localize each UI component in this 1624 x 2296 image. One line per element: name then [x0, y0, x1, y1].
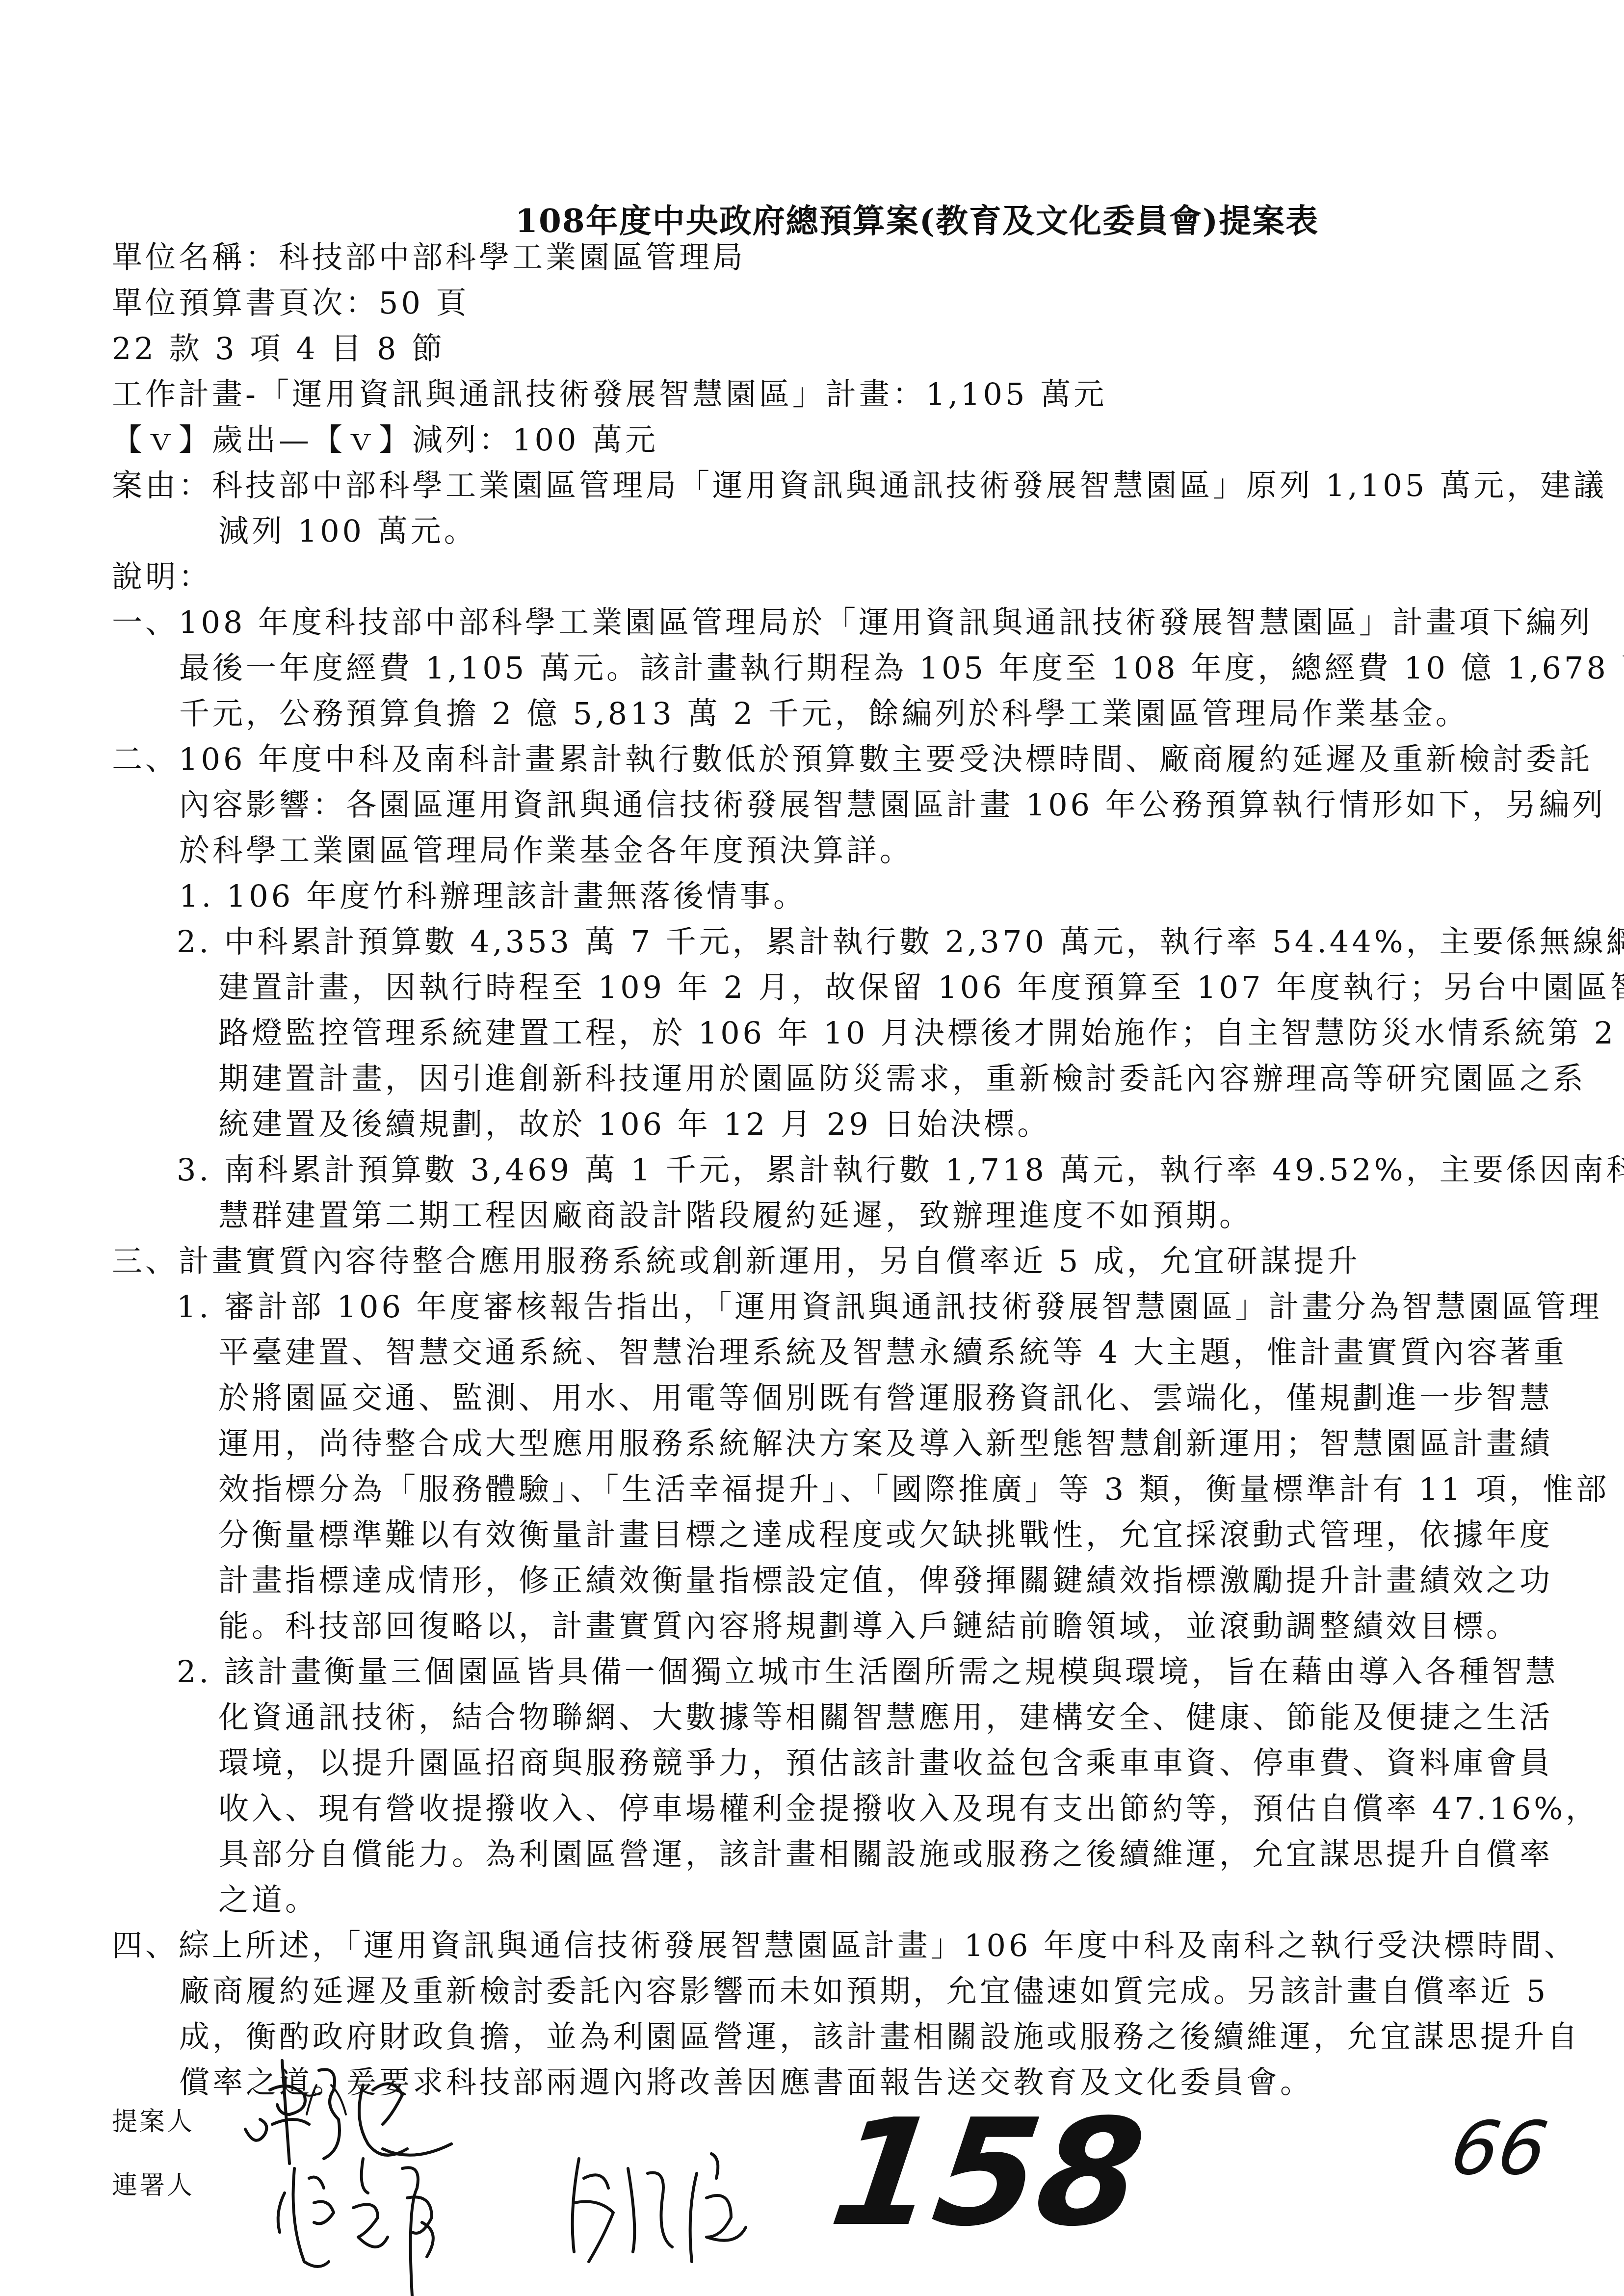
cosigner-label: 連署人 [112, 2168, 194, 2203]
section-3-heading: 三、計畫實質內容待整合應用服務系統或創新運用，另自償率近 5 成，允宜研謀提升 [112, 1238, 1554, 1284]
section-2-item-2-line: 路燈監控管理系統建置工程，於 106 年 10 月決標後才開始施作；自主智慧防災… [218, 1010, 1624, 1056]
section-3-item-1-line: 分衡量標準難以有效衡量計畫目標之達成程度或欠缺挑戰性，允宜採滾動式管理，依據年度 [218, 1512, 1624, 1558]
section-4-line: 四、綜上所述，「運用資訊與通信技術發展智慧園區計畫」106 年度中科及南科之執行… [112, 1923, 1554, 1968]
section-3-item-2-line: 收入、現有營收提撥收入、停車場權利金提撥收入及現有支出節約等，預估自償率 47.… [218, 1786, 1624, 1831]
section-3-item-2-line: 具部分自償能力。為利園區營運，該計畫相關設施或服務之後續維運，允宜謀思提升自償率 [218, 1831, 1624, 1877]
section-2-item-1: 1. 106 年度竹科辦理該計畫無落後情事。 [179, 873, 1622, 919]
page-number: 66 [1445, 2110, 1553, 2188]
section-3-item-1-line: 效指標分為「服務體驗」、「生活幸福提升」、「國際推廣」等 3 類，衡量標準計有 … [218, 1466, 1624, 1512]
section-3-item-2: 2. 該計畫衡量三個園區皆具備一個獨立城市生活圈所需之規模與環境，旨在藉由導入各… [177, 1649, 1619, 1695]
section-3-item-1-line: 計畫指標達成情形，修正績效衡量指標設定值，俾發揮關鍵績效指標激勵提升計畫績效之功 [218, 1558, 1624, 1603]
section-1-line: 一、108 年度科技部中部科學工業園區管理局於「運用資訊與通訊技術發展智慧園區」… [112, 600, 1554, 645]
section-2-line: 內容影響：各園區運用資訊與通信技術發展智慧園區計畫 106 年公務預算執行情形如… [179, 782, 1622, 828]
section-1-line: 千元，公務預算負擔 2 億 5,813 萬 2 千元，餘編列於科學工業園區管理局… [179, 691, 1622, 736]
section-3-item-1-line: 於將園區交通、監測、用水、用電等個別既有營運服務資訊化、雲端化，僅規劃進一步智慧 [218, 1375, 1624, 1421]
section-3-item-1: 1. 審計部 106 年度審核報告指出，「運用資訊與通訊技術發展智慧園區」計畫分… [177, 1284, 1619, 1330]
section-2-item-2-line: 統建置及後續規劃，故於 106 年 12 月 29 日始決標。 [218, 1101, 1624, 1147]
budget-page-field: 單位預算書頁次：50 頁 [112, 280, 1554, 326]
section-3-item-1-line: 能。科技部回復略以，計畫實質內容將規劃導入戶鏈結前瞻領域，並滾動調整績效目標。 [218, 1603, 1624, 1649]
budget-category-field: 22 款 3 項 4 目 8 節 [112, 326, 1554, 371]
explanation-label: 說明： [112, 554, 1554, 600]
section-3-item-1-line: 運用，尚待整合成大型應用服務系統解決方案及導入新型態智慧創新運用；智慧園區計畫績 [218, 1421, 1624, 1466]
section-3-item-2-line: 之道。 [218, 1877, 1624, 1923]
budget-proposal-form: 108年度中央政府總預算案(教育及文化委員會)提案表 單位名稱：科技部中部科學工… [0, 0, 1624, 2296]
section-3-item-2-line: 化資通訊技術，結合物聯網、大數據等相關智慧應用，建構安全、健康、節能及便捷之生活 [218, 1695, 1624, 1740]
section-2-item-2-line: 期建置計畫，因引進創新科技運用於園區防災需求，重新檢討委託內容辦理高等研究園區之… [218, 1056, 1624, 1101]
section-2-item-3-line: 慧群建置第二期工程因廠商設計階段履約延遲，致辦理進度不如預期。 [218, 1193, 1624, 1238]
proposer-label: 提案人 [112, 2105, 194, 2139]
section-2-line: 二、106 年度中科及南科計畫累計執行數低於預算數主要受決標時間、廠商履約延遲及… [112, 736, 1554, 782]
section-4-line: 廠商履約延遲及重新檢討委託內容影響而未如預期，允宜儘速如質完成。另該計畫自償率近… [179, 1968, 1622, 2014]
expenditure-reduction-field: 【ｖ】歲出—【ｖ】減列：100 萬元 [112, 417, 1554, 463]
section-2-line: 於科學工業園區管理局作業基金各年度預決算詳。 [179, 828, 1622, 873]
handwritten-number: 158 [823, 2095, 1153, 2252]
section-3-item-1-line: 平臺建置、智慧交通系統、智慧治理系統及智慧永續系統等 4 大主題，惟計畫實質內容… [218, 1330, 1624, 1375]
reason-line-2: 減列 100 萬元。 [218, 508, 1624, 554]
cosigner-signature-1 [265, 2149, 540, 2296]
section-1-line: 最後一年度經費 1,105 萬元。該計畫執行期程為 105 年度至 108 年度… [179, 645, 1622, 691]
unit-name-field: 單位名稱：科技部中部科學工業園區管理局 [112, 235, 1554, 280]
section-2-item-2: 2. 中科累計預算數 4,353 萬 7 千元，累計執行數 2,370 萬元，執… [177, 919, 1619, 965]
cosigner-signature-2 [559, 2139, 814, 2276]
section-3-item-2-line: 環境，以提升園區招商與服務競爭力，預估該計畫收益包含乘車車資、停車費、資料庫會員 [218, 1740, 1624, 1786]
section-2-item-3: 3. 南科累計預算數 3,469 萬 1 千元，累計執行數 1,718 萬元，執… [177, 1147, 1619, 1193]
work-plan-field: 工作計畫-「運用資訊與通訊技術發展智慧園區」計畫：1,105 萬元 [112, 371, 1554, 417]
correction-mark [302, 2080, 361, 2119]
section-2-item-2-line: 建置計畫，因執行時程至 109 年 2 月，故保留 106 年度預算至 107 … [218, 965, 1624, 1010]
reason-line-1: 案由：科技部中部科學工業園區管理局「運用資訊與通訊技術發展智慧園區」原列 1,1… [112, 463, 1554, 508]
